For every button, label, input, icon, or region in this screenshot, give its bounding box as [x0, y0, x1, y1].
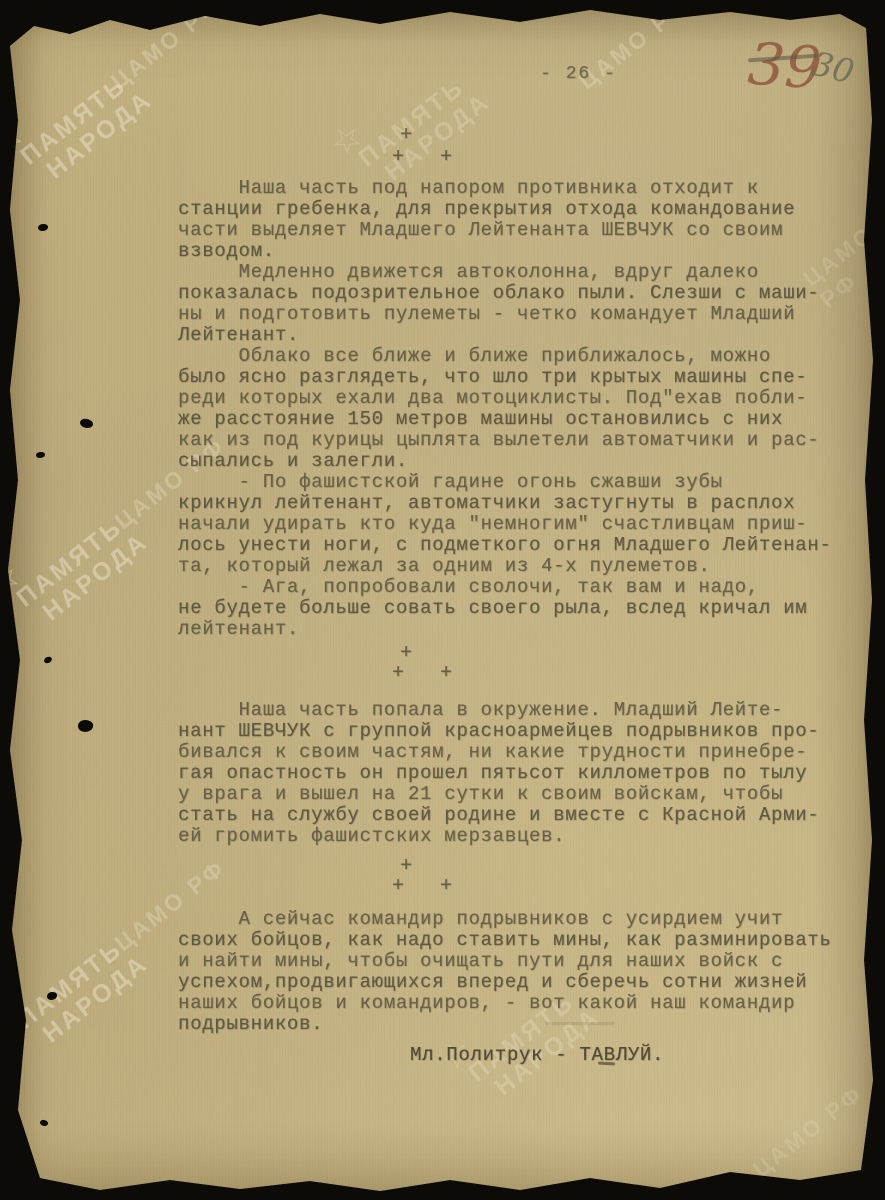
paper-hole: [43, 656, 52, 664]
typed-line: А сейчас командир подрывников с усирдием…: [178, 909, 846, 930]
typed-line: подрывников.: [178, 1014, 846, 1035]
typed-line: показалась подозрительное облако пыли. С…: [178, 283, 846, 304]
typed-line: станции гребенка, для прекрытия отхода к…: [178, 199, 846, 220]
typed-line: у врага и вышел на 21 сутки к своим войс…: [178, 784, 846, 805]
paper-hole: [77, 719, 94, 733]
scanned-page: ☆ ПАМЯТЬ НАРОДА ☆ ПАМЯТЬ НАРОДА ☆ ПАМЯТЬ…: [0, 0, 885, 1200]
paper-sheet: ☆ ПАМЯТЬ НАРОДА ☆ ПАМЯТЬ НАРОДА ☆ ПАМЯТЬ…: [0, 0, 885, 1200]
watermark-memory-of-people: ☆ ПАМЯТЬ НАРОДА: [0, 44, 157, 192]
watermark-text: НАРОДА: [38, 950, 153, 1049]
typed-line: лейтенант.: [178, 619, 846, 640]
watermark-text: НАРОДА: [42, 86, 157, 185]
watermark-memory-of-people: ☆ ПАМЯТЬ НАРОДА: [338, 46, 496, 194]
typed-line: стать на службу своей родине и вместе с …: [178, 805, 846, 826]
paper-hole: [47, 992, 57, 1000]
typed-line: начали удирать кто куда "немногим" счаст…: [178, 514, 846, 535]
typed-line: сыпались и залегли.: [178, 451, 846, 472]
plus-mark: +: [178, 644, 846, 664]
paper-hole: [79, 417, 94, 430]
signature-line: Мл.Политрук - ТАВЛУЙ.: [410, 1045, 846, 1066]
typed-line: та, который лежал за одним из 4-х пулеме…: [178, 556, 846, 577]
paragraph: - По фашистской гадине огонь сжавши зубы…: [178, 472, 846, 577]
typed-line: Медленно движется автоколонна, вдруг дал…: [178, 262, 846, 283]
paragraph: - Ага, попробовали сволочи, так вам и на…: [178, 577, 846, 640]
paragraph: Облако все ближе и ближе приближалось, м…: [178, 346, 846, 472]
typed-text-column: + + + Наша часть под напором противника …: [178, 178, 846, 1066]
plus-mark: + +: [178, 148, 464, 168]
star-icon: ☆: [0, 908, 120, 1022]
plus-mark: +: [178, 126, 413, 146]
paragraph: Наша часть попала в окружение. Младший Л…: [178, 700, 846, 847]
watermark-text: ПАМЯТЬ: [12, 507, 137, 613]
typed-line: взводом.: [178, 241, 846, 262]
typed-line: части выделяет Младшего Лейтенанта ШЕВЧУ…: [178, 220, 846, 241]
typed-line: гая опастность он прошел пятьсот килломе…: [178, 763, 846, 784]
page-number: - 26 -: [540, 64, 617, 84]
plus-mark: + +: [178, 664, 846, 684]
typed-line: нант ШЕВЧУК с группой красноармейцев под…: [178, 721, 846, 742]
section-separator: + + +: [178, 644, 846, 684]
typed-line: реди которых ехали два мотоциклисты. Под…: [178, 388, 846, 409]
typed-line: Облако все ближе и ближе приближалось, м…: [178, 346, 846, 367]
typed-line: - По фашистской гадине огонь сжавши зубы: [178, 472, 846, 493]
typed-line: крикнул лейтенант, автоматчики застугнут…: [178, 493, 846, 514]
watermark-archive: ЦАМО РФ: [106, 0, 227, 95]
paper-hole: [38, 224, 48, 231]
typed-line: ны и подготовить пулеметы - четко команд…: [178, 304, 846, 325]
typed-line: не будете больше совать своего рыла, всл…: [178, 598, 846, 619]
typed-line: лось унести ноги, с подметкого огня Млад…: [178, 535, 846, 556]
watermark-text: ПАМЯТЬ: [16, 65, 141, 171]
typed-line: - Ага, попробовали сволочи, так вам и на…: [178, 577, 846, 598]
watermark-archive: ЦАМО РФ: [748, 1080, 869, 1183]
paragraph: Медленно движется автоколонна, вдруг дал…: [178, 262, 846, 346]
typed-line: Наша часть попала в окружение. Младший Л…: [178, 700, 846, 721]
typed-line: успехом,продвигающихся вперед и сберечь …: [178, 972, 846, 993]
paragraph: Наша часть под напором противника отходи…: [178, 178, 846, 262]
typed-line: своих бойцов, как надо ставить мины, как…: [178, 930, 846, 951]
watermark-text: НАРОДА: [38, 528, 153, 627]
typed-line: было ясно разглядеть, что шло три крытых…: [178, 367, 846, 388]
watermark-memory-of-people: ☆ ПАМЯТЬ НАРОДА: [0, 486, 153, 634]
typed-line: Лейтенант.: [178, 325, 846, 346]
typed-line: и найти мины, чтобы очищать пути для наш…: [178, 951, 846, 972]
paper-hole: [39, 1119, 49, 1128]
typed-line: ей громить фашистских мерзавцев.: [178, 826, 846, 847]
typed-line: бивался к своим частям, ни какие труднос…: [178, 742, 846, 763]
typed-line: Наша часть под напором противника отходи…: [178, 178, 846, 199]
paper-hole: [36, 452, 45, 458]
ink-smudge: [545, 1022, 615, 1025]
typed-line: наших бойцов и командиров, - вот какой н…: [178, 993, 846, 1014]
paragraph: А сейчас командир подрывников с усирдием…: [178, 909, 846, 1035]
star-icon: ☆: [0, 486, 120, 600]
watermark-text: ПАМЯТЬ: [12, 929, 137, 1035]
section-separator: + + +: [178, 857, 846, 897]
plus-mark: + +: [178, 877, 846, 897]
star-icon: ☆: [0, 44, 124, 158]
plus-mark: +: [178, 857, 846, 877]
typed-line: же расстояние 150 метров машины останови…: [178, 409, 846, 430]
watermark-memory-of-people: ☆ ПАМЯТЬ НАРОДА: [0, 908, 153, 1056]
typed-line: как из под курицы цыплята вылетели автом…: [178, 430, 846, 451]
